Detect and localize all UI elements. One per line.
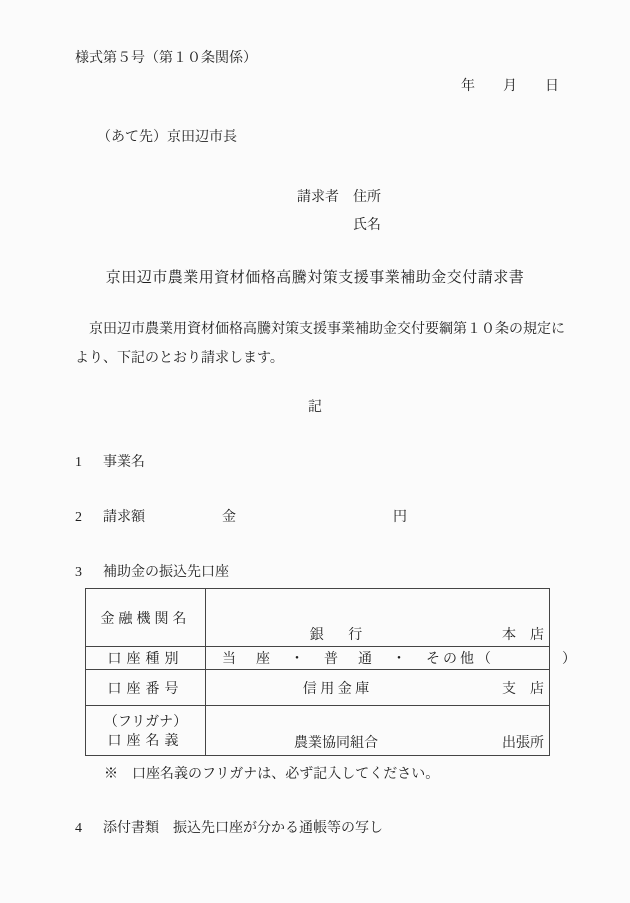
item-2-line: 2請求額金円 [75,509,555,526]
amount-unit-yen: 円 [393,509,407,526]
item-2-number: 2 [75,510,82,525]
branch-options: 本 店 支 店 出張所 [466,591,549,646]
furigana-label: （フリガナ） [104,713,187,732]
item-4-number: 4 [75,821,82,836]
addressee-line: （あて先）京田辺市長 [97,129,237,146]
account-holder-blank-area [206,706,549,755]
account-holder-label: 口座名義 [104,732,187,751]
item-4-line: 4添付書類振込先口座が分かる通帳等の写し [75,820,383,837]
account-type-options: 当 座 ・ 普 通 ・ その他（ ） [206,647,579,669]
bank-name-cell: 銀 行 信 用 金 庫 農業協同組合 本 店 支 店 出張所 [206,589,549,646]
item-3-label: 補助金の振込先口座 [103,565,229,580]
body-paragraph-line2: より、下記のとおり請求します。 [75,350,284,367]
item-2-label: 請求額 [103,510,145,525]
item-4-detail: 振込先口座が分かる通帳等の写し [173,821,383,836]
institution-options: 銀 行 信 用 金 庫 農業協同組合 [206,591,466,646]
amount-prefix-kin: 金 [222,509,236,526]
name-label: 氏名 [353,217,381,234]
requester-line: 請求者住所 [297,189,381,206]
form-number: 様式第５号（第１０条関係） [75,50,257,67]
account-type-label: 口座種別 [86,647,206,669]
document-page: 様式第５号（第１０条関係） 年 月 日 （あて先）京田辺市長 請求者住所 氏名 … [0,0,630,903]
account-number-blank-area [206,670,549,705]
document-title: 京田辺市農業用資材価格高騰対策支援事業補助金交付請求書 [0,270,630,287]
item-1-label: 事業名 [103,455,145,470]
ki-heading: 記 [0,399,630,416]
account-holder-label-cell: （フリガナ） 口座名義 [86,706,206,755]
account-table: 金融機関名 銀 行 信 用 金 庫 農業協同組合 本 店 支 店 出張所 口座種… [85,588,550,756]
furigana-note: ※ 口座名義のフリガナは、必ず記入してください。 [104,766,439,783]
bank-name-row: 金融機関名 銀 行 信 用 金 庫 農業協同組合 本 店 支 店 出張所 [86,589,549,646]
account-number-row: 口座番号 [86,669,549,705]
item-4-label: 添付書類 [103,821,159,836]
item-3-number: 3 [75,565,82,580]
account-type-cell: 当 座 ・ 普 通 ・ その他（ ） [206,647,579,669]
item-3-line: 3補助金の振込先口座 [75,564,229,581]
account-holder-row: （フリガナ） 口座名義 [86,705,549,755]
address-label: 住所 [353,190,381,205]
institution-option-bank: 銀 行 [206,627,466,645]
branch-option-head-office: 本 店 [466,627,544,645]
account-number-label: 口座番号 [86,670,206,705]
bank-name-label: 金融機関名 [86,589,206,646]
item-1-number: 1 [75,455,82,470]
requester-label: 請求者 [297,190,339,205]
item-1-line: 1事業名 [75,454,145,471]
date-line: 年 月 日 [461,78,559,95]
body-paragraph-line1: 京田辺市農業用資材価格高騰対策支援事業補助金交付要綱第１０条の規定に [75,321,565,338]
account-type-row: 口座種別 当 座 ・ 普 通 ・ その他（ ） [86,646,549,669]
